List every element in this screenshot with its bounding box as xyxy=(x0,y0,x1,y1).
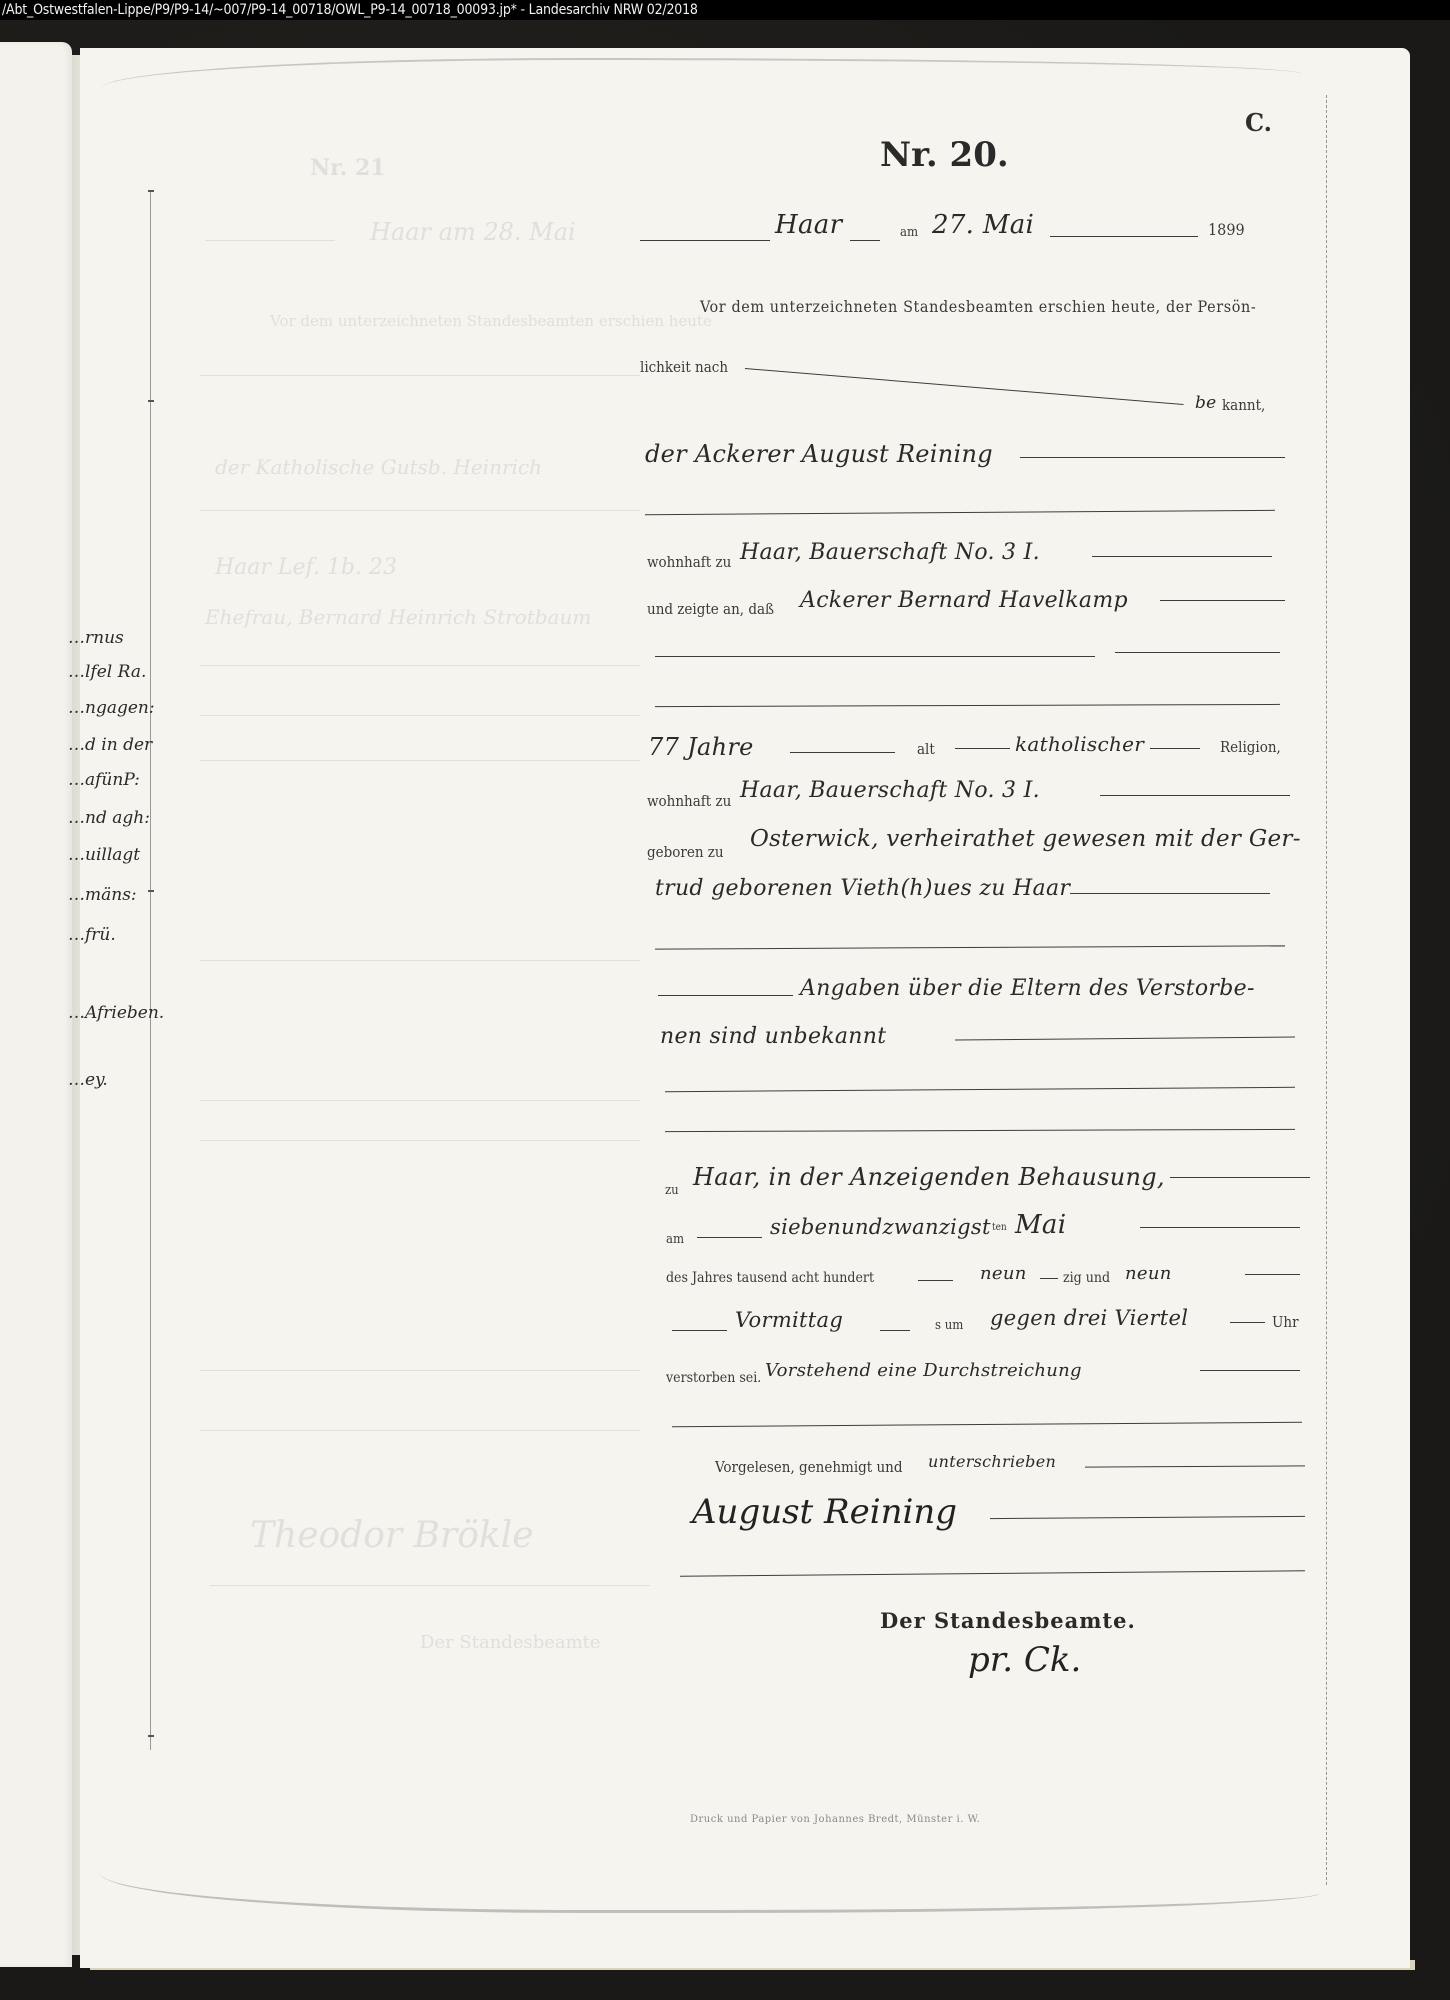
religion-label: Religion, xyxy=(1220,738,1281,756)
margin-note-line: …lfel Ra. xyxy=(68,662,146,682)
time-of-day: Vormittag xyxy=(735,1308,843,1332)
form-rule xyxy=(1230,1322,1265,1323)
header-date: 27. Mai xyxy=(932,210,1034,240)
informant-name: der Ackerer August Reining xyxy=(645,440,993,468)
intro-persoenlichkeit-label: lichkeit nach xyxy=(640,358,728,376)
ghost-text: der Katholische Gutsb. Heinrich xyxy=(215,455,542,479)
deceased-residence-label: wohnhaft zu xyxy=(647,792,731,810)
form-rule xyxy=(1100,795,1290,796)
printer-imprint: Druck und Papier von Johannes Bredt, Mün… xyxy=(690,1814,980,1825)
page-top-curl xyxy=(102,58,1302,100)
uhr-label: Uhr xyxy=(1272,1313,1299,1331)
ghost-rule xyxy=(200,760,640,761)
form-rule xyxy=(1115,652,1280,653)
margin-note-line: …ey. xyxy=(68,1070,108,1090)
margin-note-line: …nd agh: xyxy=(68,808,150,828)
intro-line-1: Vor dem unterzeichneten Standesbeamten e… xyxy=(700,297,1256,316)
informant-residence-label: wohnhaft zu xyxy=(647,553,731,571)
deceased-religion: katholischer xyxy=(1015,732,1144,756)
ghost-rule xyxy=(200,1140,640,1141)
left-margin-rule xyxy=(150,190,151,1750)
ghost-rule xyxy=(200,1100,640,1101)
intro-handwritten-prefix: be xyxy=(1195,393,1217,413)
ghost-rule xyxy=(200,375,640,376)
parents-line-1: Angaben über die Eltern des Verstorbe- xyxy=(800,976,1255,1001)
form-rule xyxy=(1245,1274,1300,1275)
header-year: 1899 xyxy=(1208,220,1245,239)
ten-suffix: ten xyxy=(992,1222,1007,1233)
window-title-bar: /Abt_Ostwestfalen-Lippe/P9/P9-14/~007/P9… xyxy=(0,0,1450,20)
s-um-label: s um xyxy=(935,1318,963,1333)
death-day-words: siebenundzwanzigst xyxy=(770,1215,991,1239)
year-units: neun xyxy=(1125,1263,1172,1284)
header-am-label: am xyxy=(900,225,918,240)
ghost-text: Haar Lef. 1b. 23 xyxy=(215,555,397,580)
form-rule xyxy=(880,1330,910,1331)
ghost-rule xyxy=(200,510,640,511)
form-letter: C. xyxy=(1245,108,1272,137)
deceased-residence: Haar, Bauerschaft No. 3 I. xyxy=(740,778,1040,803)
official-signature: pr. Ck. xyxy=(968,1640,1081,1680)
informant-residence: Haar, Bauerschaft No. 3 I. xyxy=(740,540,1040,565)
spouse: trud geborenen Vieth(h)ues zu Haar xyxy=(655,876,1070,901)
closing-handwritten: unterschrieben xyxy=(928,1452,1056,1471)
ghost-text: Der Standesbeamte xyxy=(420,1632,601,1653)
year-tens: neun xyxy=(980,1263,1027,1284)
form-rule xyxy=(655,656,1095,657)
death-am-label: am xyxy=(666,1232,684,1247)
form-rule xyxy=(1092,556,1272,557)
form-rule xyxy=(955,748,1010,749)
death-time: gegen drei Viertel xyxy=(990,1306,1188,1330)
form-rule xyxy=(1200,1370,1300,1371)
year-label: des Jahres tausend acht hundert xyxy=(666,1270,874,1286)
record-number: Nr. 20. xyxy=(880,135,1009,175)
informant-signature: August Reining xyxy=(692,1492,957,1532)
form-rule xyxy=(1050,236,1198,237)
deceased-name: Ackerer Bernard Havelkamp xyxy=(800,588,1128,613)
form-rule xyxy=(1160,600,1285,601)
declared-label: und zeigte an, daß xyxy=(647,600,774,618)
margin-note-line: …uillagt xyxy=(68,845,140,865)
form-rule xyxy=(658,995,793,996)
closing-label: Vorgelesen, genehmigt und xyxy=(715,1458,903,1476)
form-rule xyxy=(850,240,880,241)
margin-note-line: …ngagen: xyxy=(68,698,155,718)
form-rule xyxy=(1170,1177,1310,1178)
form-rule xyxy=(1140,1227,1300,1228)
margin-note-line: …frü. xyxy=(68,925,116,945)
ghost-text: Haar am 28. Mai xyxy=(370,218,576,246)
death-month: Mai xyxy=(1015,1210,1066,1240)
death-place: Haar, in der Anzeigenden Behausung, xyxy=(693,1163,1165,1191)
ghost-text: Nr. 21 xyxy=(310,155,386,181)
deceased-age: 77 Jahre xyxy=(648,733,754,761)
ghost-text: Theodor Brökle xyxy=(250,1515,534,1556)
born-label: geboren zu xyxy=(647,843,724,861)
form-rule xyxy=(790,752,895,753)
ghost-rule xyxy=(210,1585,650,1586)
verstorben-label: verstorben sei. xyxy=(666,1370,761,1386)
previous-page-edge xyxy=(0,42,72,1967)
ghost-rule xyxy=(200,1430,640,1431)
intro-kannt: kannt, xyxy=(1222,396,1265,414)
alt-label: alt xyxy=(917,740,935,758)
parents-line-2: nen sind unbekannt xyxy=(660,1024,886,1049)
death-cause-note: Vorstehend eine Durchstreichung xyxy=(765,1360,1082,1381)
form-rule xyxy=(672,1330,727,1331)
form-rule xyxy=(697,1237,762,1238)
official-title: Der Standesbeamte. xyxy=(880,1608,1136,1633)
zu-label: zu xyxy=(665,1183,679,1198)
margin-note-line: …d in der xyxy=(68,735,152,755)
margin-note-line: …afünP: xyxy=(68,770,140,790)
window-title: /Abt_Ostwestfalen-Lippe/P9/P9-14/~007/P9… xyxy=(2,2,698,18)
ghost-text: Ehefrau, Bernard Heinrich Strotbaum xyxy=(205,605,591,629)
margin-note-line: …rnus xyxy=(68,628,124,648)
ghost-rule xyxy=(200,715,640,716)
form-rule xyxy=(1150,748,1200,749)
ghost-rule xyxy=(200,960,640,961)
form-rule xyxy=(1070,893,1270,894)
header-place: Haar xyxy=(775,210,842,240)
zig-und-label: zig und xyxy=(1063,1270,1110,1286)
ghost-rule xyxy=(200,665,640,666)
form-rule xyxy=(640,240,770,241)
margin-note-line: …mäns: xyxy=(68,885,137,905)
ghost-rule xyxy=(205,240,335,241)
form-rule xyxy=(1040,1278,1058,1279)
ghost-rule xyxy=(200,1370,640,1371)
birthplace-and-marriage: Osterwick, verheirathet gewesen mit der … xyxy=(750,826,1301,852)
form-rule xyxy=(1020,457,1285,458)
margin-note-line: …Afrieben. xyxy=(68,1003,164,1023)
form-rule xyxy=(918,1280,953,1281)
ghost-text: Vor dem unterzeichneten Standesbeamten e… xyxy=(270,312,712,330)
